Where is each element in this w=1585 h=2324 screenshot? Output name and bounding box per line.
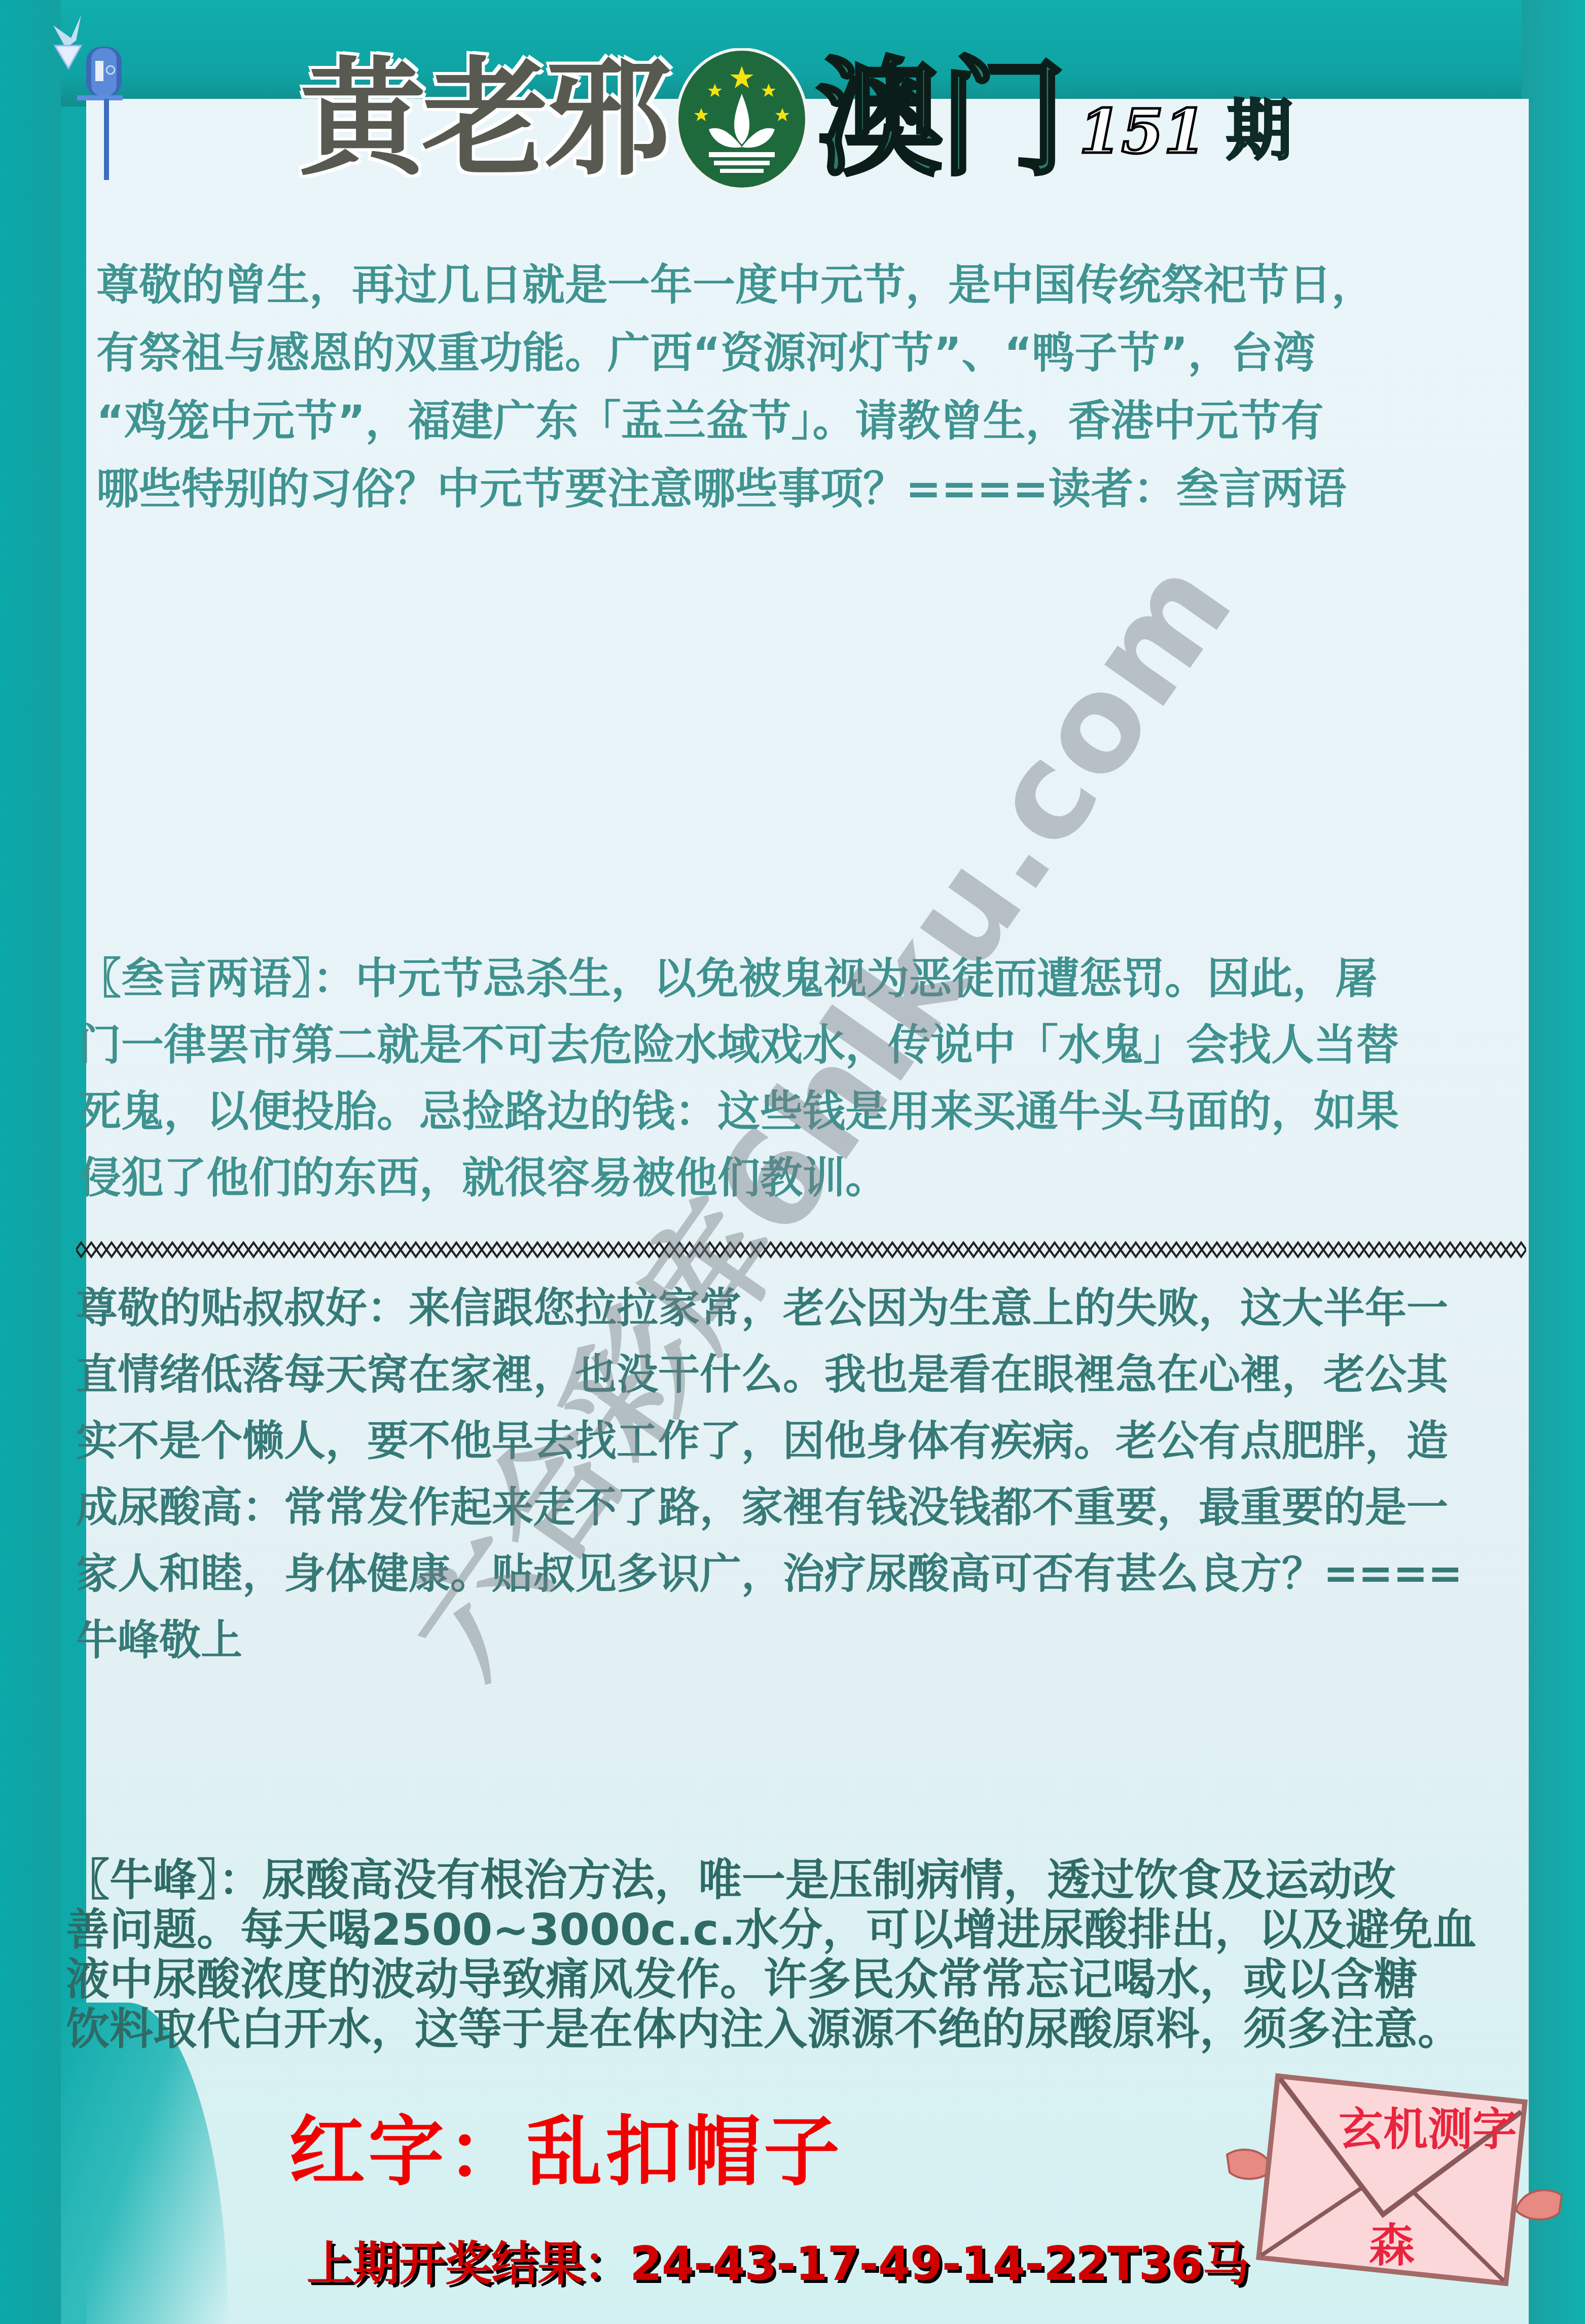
letter-line: 尊敬的曾生，再过几日就是一年一度中元节，是中国传统祭祀节日，: [96, 251, 1374, 319]
reply-2: 〖牛峰〗：尿酸高没有根治方法，唯一是压制病情，透过饮食及运动改 善问题。每天喝2…: [66, 1856, 1476, 2054]
letter-line: “鸡笼中元节”，福建广东「盂兰盆节」。请教曾生，香港中元节有: [96, 387, 1374, 455]
letter-line: 家人和睦，身体健康。贴叔见多识广，治疗尿酸高可否有甚么良方？====: [76, 1541, 1463, 1607]
frame-right: [1522, 0, 1585, 2324]
red-word-label: 红字：: [289, 2108, 526, 2196]
reply-line: 〖叁言两语〗：中元节忌杀生，以免被鬼视为恶徒而遭惩罚。因此，屠: [79, 946, 1399, 1012]
envelope-title: 玄机测字: [1339, 2103, 1517, 2155]
letter-line: 有祭祖与感恩的双重功能。广西“资源河灯节”、“鸭子节”，台湾: [96, 319, 1374, 387]
letter-line: 成尿酸高：常常发作起来走不了路，家裡有钱没钱都不重要，最重要的是一: [76, 1474, 1463, 1541]
envelope-icon: 玄机测字 森: [1212, 2068, 1577, 2292]
envelope-char: 森: [1369, 2219, 1415, 2272]
letter-line: 哪些特别的习俗？中元节要注意哪些事项？====读者：叁言两语: [96, 455, 1374, 523]
letter-line: 实不是个懒人，要不他早去找工作了，因他身体有疾病。老公有点肥胖，造: [76, 1408, 1463, 1474]
result-value: 24-43-17-49-14-22T36马: [630, 2237, 1249, 2291]
title-main: 黄老邪: [299, 56, 667, 183]
letter-line: 直情绪低落每天窝在家裡，也没干什么。我也是看在眼裡急在心裡，老公其: [76, 1341, 1463, 1408]
letter-line: 牛峰敬上: [76, 1607, 1463, 1674]
reply-line: 〖牛峰〗：尿酸高没有根治方法，唯一是压制病情，透过饮食及运动改: [66, 1856, 1476, 1905]
title-place: 澳门: [816, 56, 1064, 183]
issue-number: 151: [1079, 96, 1206, 167]
reply-line: 饮料取代白开水，这等于是在体内注入源源不绝的尿酸原料，须多注意。: [66, 2005, 1476, 2054]
reply-line: 善问题。每天喝2500~3000c.c.水分，可以增进尿酸排出，以及避免血: [66, 1905, 1476, 1955]
issue-unit: 期: [1227, 78, 1292, 172]
reader-letter-1: 尊敬的曾生，再过几日就是一年一度中元节，是中国传统祭祀节日， 有祭祖与感恩的双重…: [96, 251, 1374, 523]
reply-line: 液中尿酸浓度的波动导致痛风发作。许多民众常常忘记喝水，或以含糖: [66, 1955, 1476, 2005]
macau-emblem-icon: [673, 48, 810, 190]
mailbox-icon: [41, 10, 183, 183]
last-draw-result: 上期开奖结果：24-43-17-49-14-22T36马: [307, 2241, 1249, 2287]
frame-left: [0, 0, 61, 2324]
red-word-value: 乱扣帽子: [526, 2108, 843, 2196]
result-label: 上期开奖结果：: [307, 2237, 630, 2291]
red-word: 红字：乱扣帽子: [289, 2114, 843, 2190]
header-title: 黄老邪 澳门 151 期: [299, 35, 1292, 203]
